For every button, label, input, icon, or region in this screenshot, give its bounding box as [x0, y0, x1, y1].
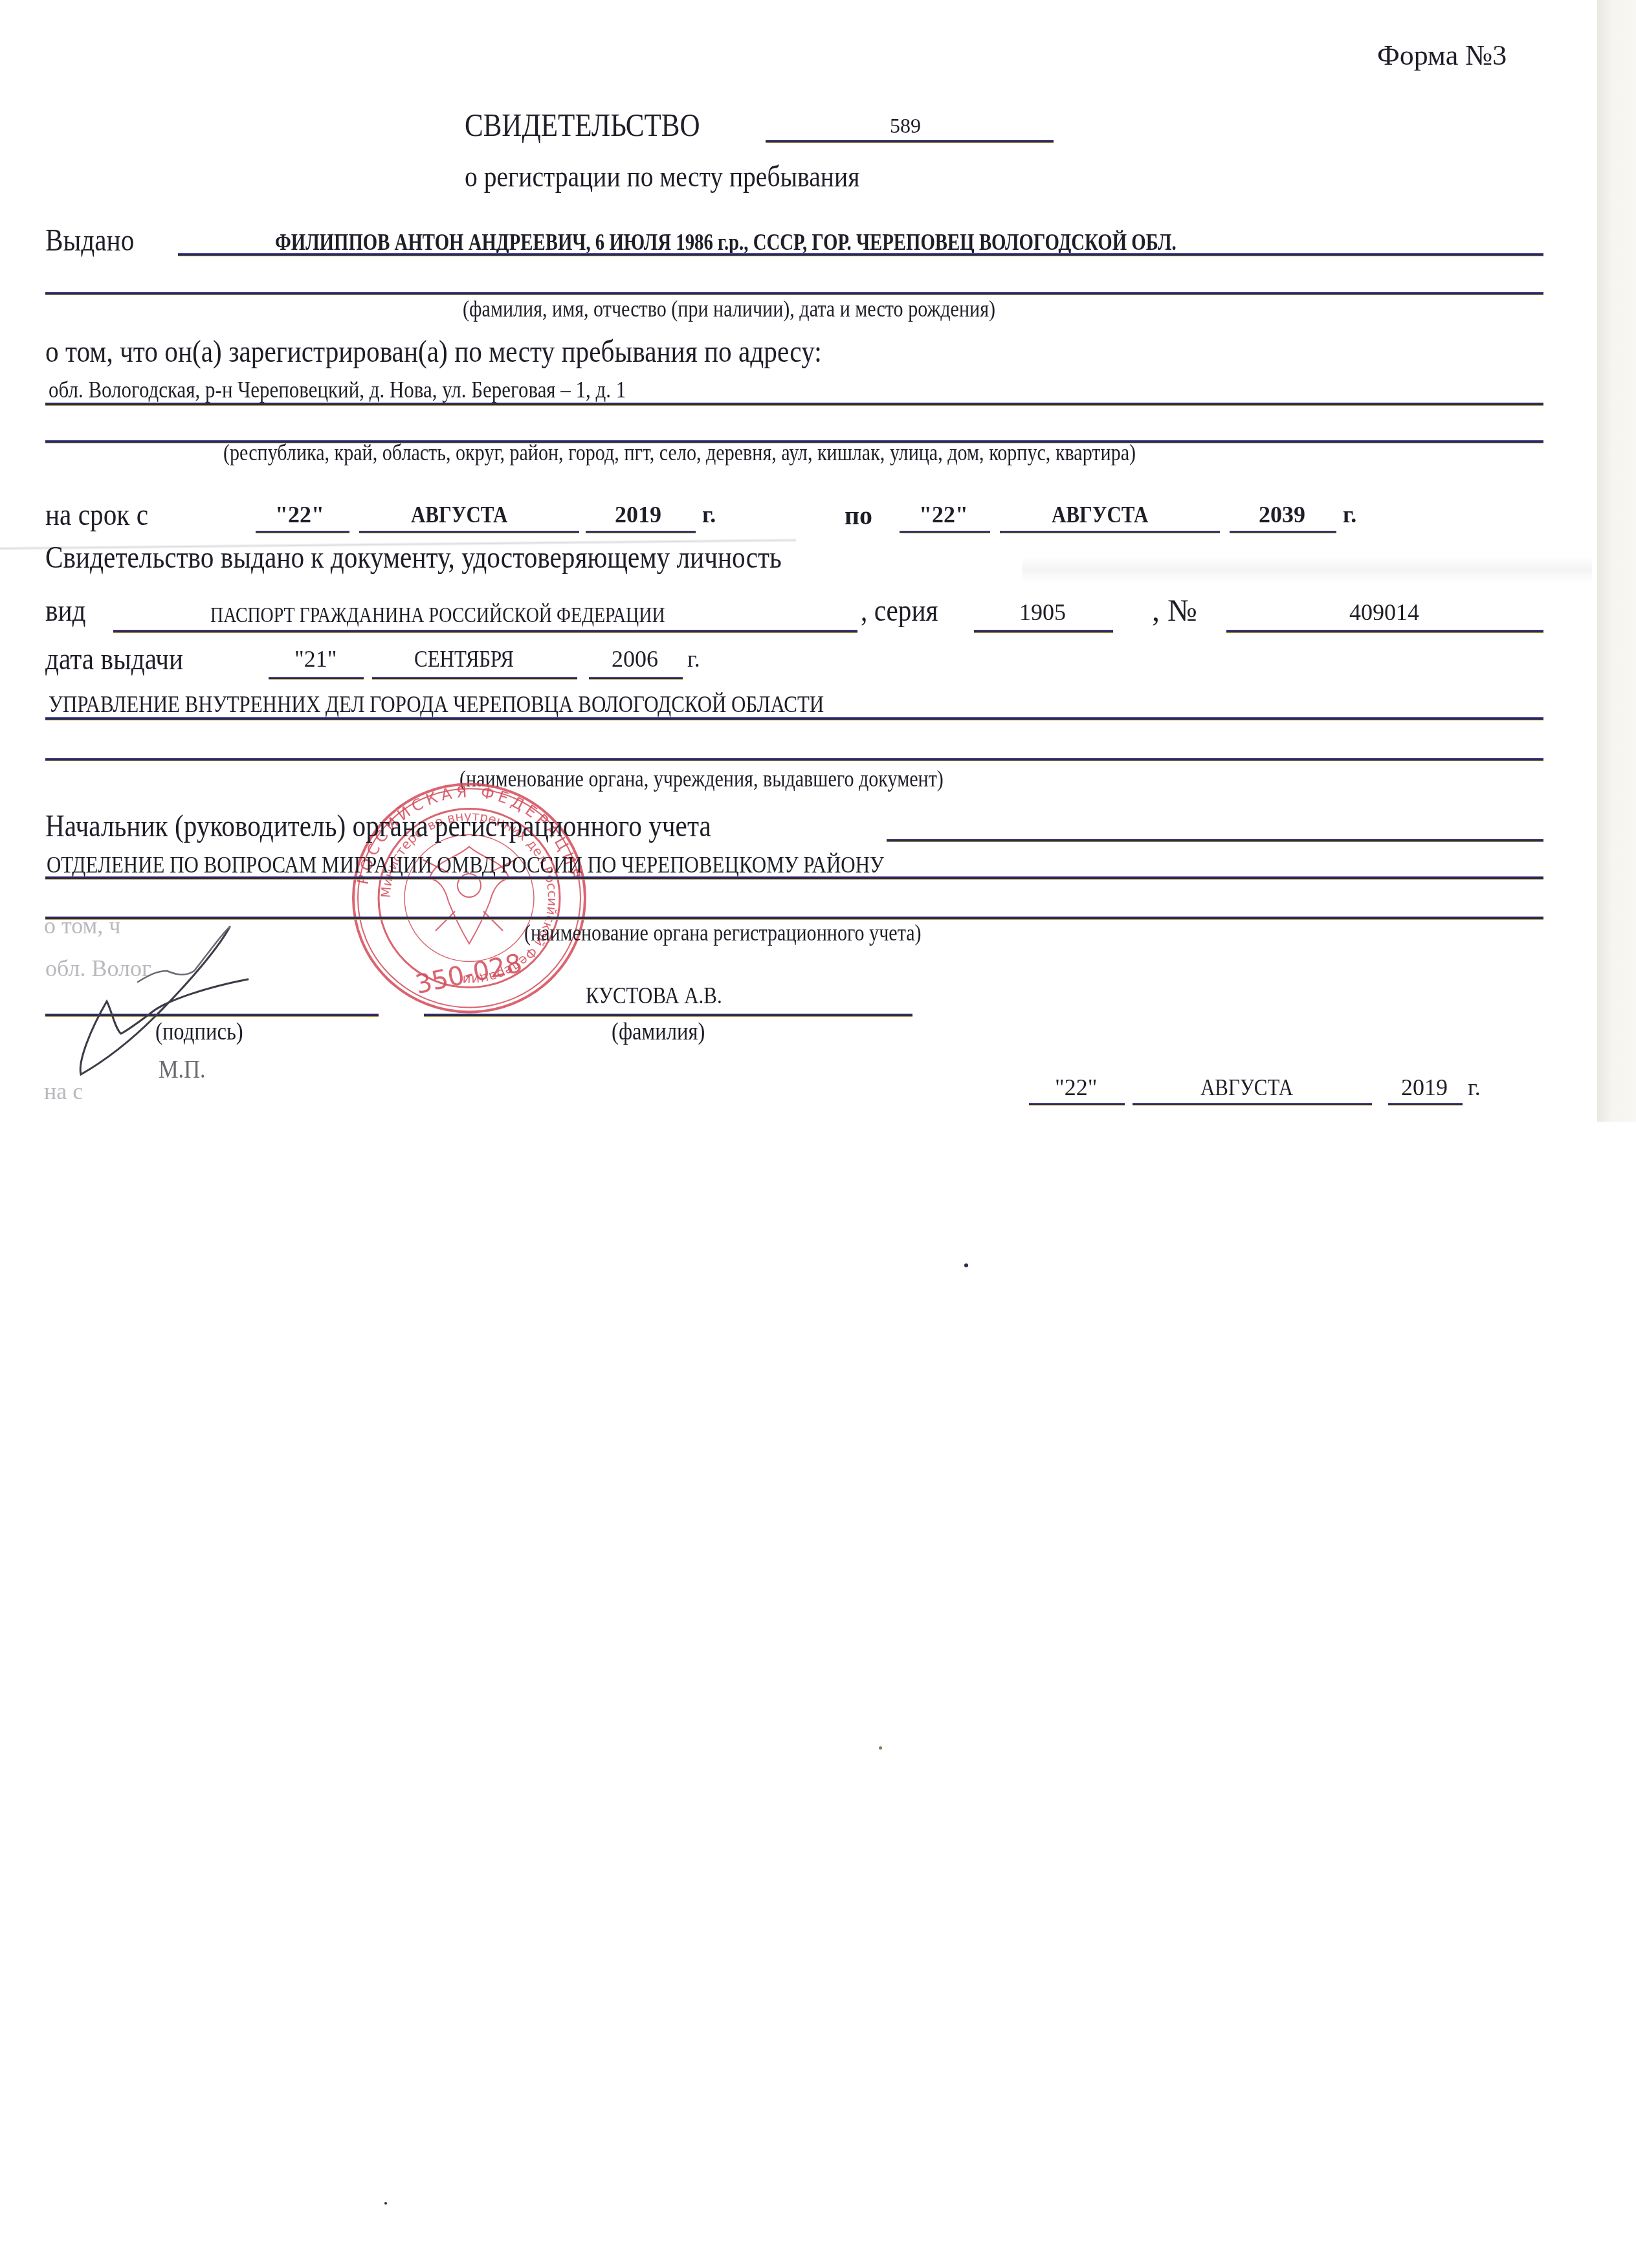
doc-issue-month: СЕНТЯБРЯ	[414, 647, 530, 671]
document-issuer: УПРАВЛЕНИЕ ВНУТРЕННИХ ДЕЛ ГОРОДА ЧЕРЕПОВ…	[49, 693, 950, 716]
term-to-month: АВГУСТА	[1052, 503, 1164, 526]
issue-date-label: дата выдачи	[45, 644, 206, 675]
term-from-day-underline	[256, 531, 349, 533]
term-to-year-suffix: г.	[1343, 503, 1356, 526]
document-title-text: СВИДЕТЕЛЬСТВО	[465, 109, 700, 141]
term-to-year-underline	[1230, 531, 1336, 533]
number-label: , №	[1152, 595, 1197, 627]
issued-to-underline	[178, 254, 1543, 256]
authority-head-underline	[887, 839, 1543, 841]
issue-month-underline	[1133, 1104, 1372, 1105]
issued-to-value-text: ФИЛИППОВ АНТОН АНДРЕЕВИЧ, 6 ИЮЛЯ 1986 г.…	[275, 230, 1177, 254]
issued-to-label-text: Выдано	[45, 225, 134, 256]
document-type-value-text: ПАСПОРТ ГРАЖДАНИНА РОССИЙСКОЙ ФЕДЕРАЦИИ	[210, 605, 665, 627]
authority-name: ОТДЕЛЕНИЕ ПО ВОПРОСАМ МИГРАЦИИ ОМВД РОСС…	[47, 853, 1021, 876]
authority-caption-text: (наименование органа регистрационного уч…	[524, 922, 922, 944]
certificate-number: 589	[890, 115, 921, 136]
certificate-number-underline	[766, 140, 1054, 142]
issue-day-underline	[1029, 1104, 1125, 1105]
issue-day: "22"	[1055, 1076, 1097, 1099]
scan-speck	[964, 1263, 968, 1267]
doc-issue-month-underline	[372, 678, 577, 679]
signer-surname-text: КУСТОВА А.В.	[586, 984, 722, 1007]
registration-statement-text: о том, что он(а) зарегистрирован(а) по м…	[45, 337, 822, 368]
registration-address: обл. Вологодская, р-н Череповецкий, д. Н…	[49, 378, 720, 401]
scan-speck	[879, 1746, 882, 1750]
term-from-year-underline	[586, 531, 696, 533]
doc-issue-year: 2006	[612, 647, 658, 671]
term-from-day: "22"	[275, 503, 324, 526]
term-to-month-text: АВГУСТА	[1052, 503, 1148, 526]
paper-fold-crease	[1022, 557, 1592, 583]
term-to-month-underline	[1000, 531, 1220, 533]
term-from-label: на срок с	[45, 500, 165, 531]
doc-issue-year-suffix: г.	[687, 647, 700, 671]
address-underline	[45, 403, 1543, 405]
issue-month: АВГУСТА	[1200, 1076, 1309, 1099]
issuer-underline	[45, 718, 1543, 720]
issued-to-caption-text: (фамилия, имя, отчество (при наличии), д…	[463, 298, 995, 320]
signature-caption-text: (подпись)	[155, 1019, 243, 1044]
series-value: 1905	[1019, 601, 1066, 624]
document-type-label: вид	[45, 595, 93, 627]
authority-name-underline	[45, 877, 1543, 879]
issue-year-suffix: г.	[1468, 1076, 1481, 1099]
authority-head-label-text: Начальник (руководитель) органа регистра…	[45, 811, 711, 842]
number-value: 409014	[1349, 601, 1419, 624]
issue-year-underline	[1388, 1104, 1463, 1105]
bleed-through-text: о том, ч	[44, 914, 120, 937]
doc-issue-month-text: СЕНТЯБРЯ	[414, 647, 514, 671]
seal-label-text: М.П.	[159, 1056, 206, 1082]
authority-head-label: Начальник (руководитель) органа регистра…	[45, 811, 819, 842]
doc-issue-day-underline	[269, 678, 364, 679]
document-subtitle-text: о регистрации по месту пребывания	[465, 162, 859, 192]
document-type-label-text: вид	[45, 595, 86, 627]
svg-text:350-028: 350-028	[413, 948, 525, 1000]
address-caption: (республика, край, область, округ, район…	[223, 441, 1285, 464]
issuer-underline-2	[45, 759, 1543, 761]
authority-name-underline-2	[45, 917, 1543, 919]
document-type-value: ПАСПОРТ ГРАЖДАНИНА РОССИЙСКОЙ ФЕДЕРАЦИИ	[210, 605, 765, 627]
term-from-month-text: АВГУСТА	[411, 503, 507, 526]
issued-to-label: Выдано	[45, 225, 149, 256]
doc-issue-year-underline	[589, 678, 683, 679]
page-edge-shadow	[1597, 0, 1636, 1122]
term-from-month: АВГУСТА	[411, 503, 524, 526]
issued-to-value: ФИЛИППОВ АНТОН АНДРЕЕВИЧ, 6 ИЮЛЯ 1986 г.…	[275, 230, 1402, 254]
term-to-year: 2039	[1259, 503, 1305, 526]
series-label-text: , серия	[861, 595, 938, 627]
bleed-through-text: на с	[44, 1080, 83, 1103]
term-from-month-underline	[359, 531, 579, 533]
surname-underline	[424, 1014, 912, 1016]
document-issuer-text: УПРАВЛЕНИЕ ВНУТРЕННИХ ДЕЛ ГОРОДА ЧЕРЕПОВ…	[49, 693, 824, 716]
signature-underline	[45, 1014, 379, 1016]
registration-address-text: обл. Вологодская, р-н Череповецкий, д. Н…	[49, 378, 626, 401]
bleed-through-text: обл. Волог	[45, 957, 151, 980]
surname-caption: (фамилия)	[612, 1019, 720, 1044]
term-from-year: 2019	[615, 503, 661, 526]
identity-document-intro-text: Свидетельство выдано к документу, удосто…	[45, 542, 782, 573]
series-underline	[974, 630, 1113, 632]
issue-date-label-text: дата выдачи	[45, 644, 183, 675]
term-to-label: по	[845, 503, 872, 529]
signature-caption: (подпись)	[155, 1019, 258, 1044]
doc-issue-day: "21"	[294, 647, 337, 671]
signer-surname: КУСТОВА А.В.	[586, 984, 744, 1007]
series-label: , серия	[861, 595, 951, 627]
seal-label: М.П.	[159, 1056, 213, 1082]
term-from-year-suffix: г.	[702, 503, 716, 526]
issue-month-text: АВГУСТА	[1200, 1076, 1293, 1099]
identity-document-intro: Свидетельство выдано к документу, удосто…	[45, 542, 901, 573]
authority-caption: (наименование органа регистрационного уч…	[524, 922, 986, 944]
issue-year: 2019	[1401, 1076, 1448, 1099]
authority-name-text: ОТДЕЛЕНИЕ ПО ВОПРОСАМ МИГРАЦИИ ОМВД РОСС…	[47, 853, 884, 876]
surname-caption-text: (фамилия)	[612, 1019, 705, 1044]
term-to-day: "22"	[919, 503, 968, 526]
document-type-underline	[113, 630, 857, 632]
term-to-day-underline	[900, 531, 990, 533]
document-subtitle: о регистрации по месту пребывания	[465, 162, 924, 192]
issued-to-underline-2	[45, 293, 1543, 295]
address-caption-text: (республика, край, область, округ, район…	[223, 441, 1136, 464]
scan-speck	[384, 2202, 387, 2205]
term-from-label-text: на срок с	[45, 500, 148, 531]
document-title: СВИДЕТЕЛЬСТВО	[465, 109, 738, 141]
number-underline	[1226, 630, 1543, 632]
issued-to-caption: (фамилия, имя, отчество (при наличии), д…	[463, 298, 1082, 320]
registration-statement: о том, что он(а) зарегистрирован(а) по м…	[45, 337, 948, 368]
form-label: Форма №3	[1377, 41, 1507, 70]
